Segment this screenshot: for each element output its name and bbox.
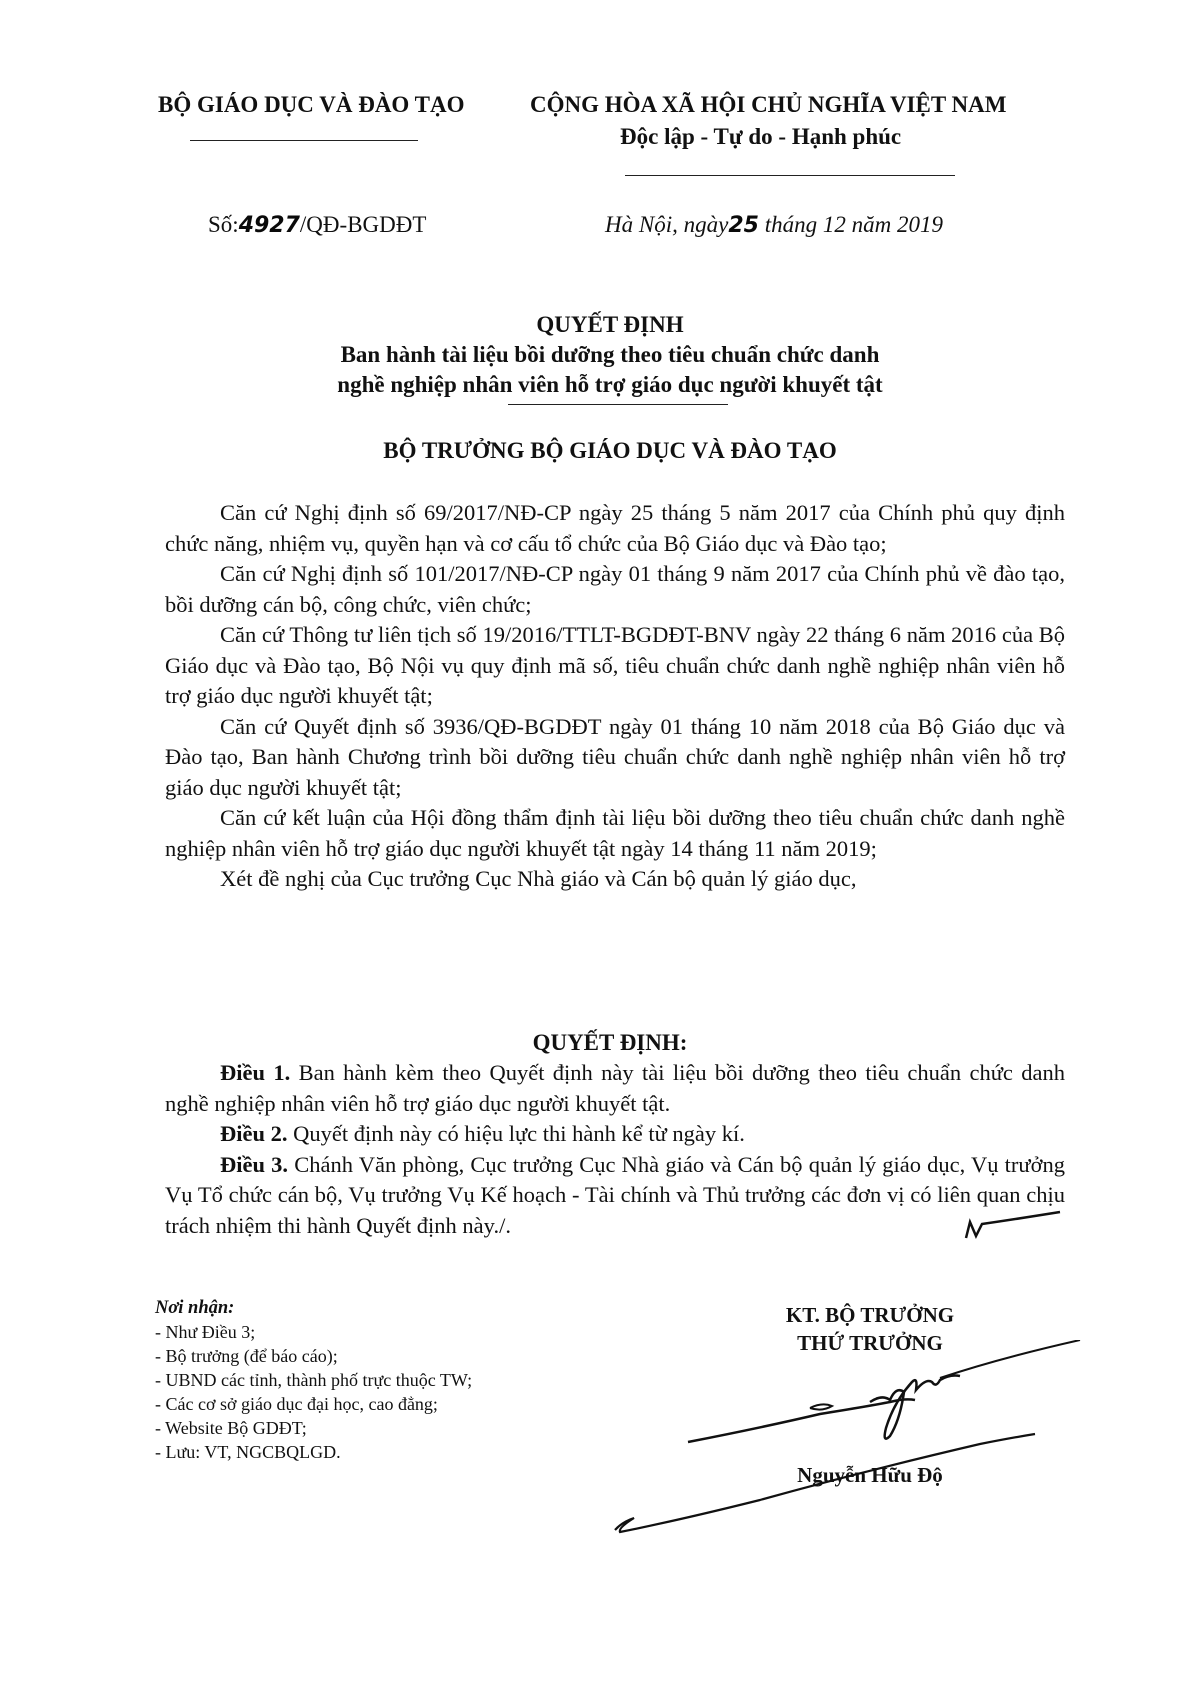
preamble-clause: Căn cứ Nghị định số 69/2017/NĐ-CP ngày 2… xyxy=(165,498,1065,559)
handwritten-day: 25 xyxy=(728,213,759,238)
preamble-clause: Căn cứ Quyết định số 3936/QĐ-BGDĐT ngày … xyxy=(165,712,1065,804)
article-label: Điều 3. xyxy=(220,1152,288,1177)
document-number: Số:4927/QĐ-BGDĐT xyxy=(208,212,426,238)
initials-mark-icon xyxy=(960,1208,1070,1248)
preamble: Căn cứ Nghị định số 69/2017/NĐ-CP ngày 2… xyxy=(165,498,1065,895)
article-3: Điều 3. Chánh Văn phòng, Cục trưởng Cục … xyxy=(165,1150,1065,1242)
date-line: Hà Nội, ngày25 tháng 12 năm 2019 xyxy=(605,212,943,238)
article-text: Ban hành kèm theo Quyết định này tài liệ… xyxy=(165,1060,1065,1116)
signer-title-1: KT. BỘ TRƯỞNG xyxy=(700,1302,1040,1328)
article-1: Điều 1. Ban hành kèm theo Quyết định này… xyxy=(165,1058,1065,1119)
article-2: Điều 2. Quyết định này có hiệu lực thi h… xyxy=(165,1119,1065,1150)
national-motto: Độc lập - Tự do - Hạnh phúc xyxy=(620,124,901,150)
recipient-item: - Như Điều 3; xyxy=(155,1320,472,1344)
doc-number-suffix: /QĐ-BGDĐT xyxy=(300,212,427,237)
article-text: Quyết định này có hiệu lực thi hành kể t… xyxy=(288,1121,745,1146)
preamble-clause: Căn cứ Thông tư liên tịch số 19/2016/TTL… xyxy=(165,620,1065,712)
preamble-clause: Xét đề nghị của Cục trưởng Cục Nhà giáo … xyxy=(165,864,1065,895)
recipients-heading: Nơi nhận: xyxy=(155,1296,472,1320)
preamble-clause: Căn cứ kết luận của Hội đồng thẩm định t… xyxy=(165,803,1065,864)
articles: Điều 1. Ban hành kèm theo Quyết định này… xyxy=(165,1058,1065,1241)
recipient-item: - Website Bộ GDĐT; xyxy=(155,1416,472,1440)
date-prefix: Hà Nội, ngày xyxy=(605,212,728,237)
recipient-item: - Bộ trưởng (để báo cáo); xyxy=(155,1344,472,1368)
document-subtitle-line2: nghề nghiệp nhân viên hỗ trợ giáo dục ng… xyxy=(160,372,1060,398)
handwritten-doc-number: 4927 xyxy=(239,213,300,238)
ministry-underline xyxy=(190,140,418,141)
decision-heading: QUYẾT ĐỊNH: xyxy=(160,1030,1060,1056)
article-label: Điều 2. xyxy=(220,1121,288,1146)
document-subtitle-line1: Ban hành tài liệu bồi dưỡng theo tiêu ch… xyxy=(160,342,1060,368)
document-type-heading: QUYẾT ĐỊNH xyxy=(160,312,1060,338)
motto-underline xyxy=(625,175,955,176)
title-underline xyxy=(508,404,728,405)
date-suffix: tháng 12 năm 2019 xyxy=(759,212,943,237)
recipient-item: - UBND các tỉnh, thành phố trực thuộc TW… xyxy=(155,1368,472,1392)
signer-name: Nguyễn Hữu Độ xyxy=(700,1462,1040,1488)
preamble-clause: Căn cứ Nghị định số 101/2017/NĐ-CP ngày … xyxy=(165,559,1065,620)
article-text: Chánh Văn phòng, Cục trưởng Cục Nhà giáo… xyxy=(165,1152,1065,1238)
ministry-name: BỘ GIÁO DỤC VÀ ĐÀO TẠO xyxy=(158,92,465,118)
country-name: CỘNG HÒA XÃ HỘI CHỦ NGHĨA VIỆT NAM xyxy=(530,92,1006,118)
recipient-item: - Các cơ sở giáo dục đại học, cao đẳng; xyxy=(155,1392,472,1416)
recipient-item: - Lưu: VT, NGCBQLGD. xyxy=(155,1440,472,1464)
recipients-block: Nơi nhận: - Như Điều 3; - Bộ trưởng (để … xyxy=(155,1296,472,1464)
doc-number-prefix: Số: xyxy=(208,212,239,237)
issuer-heading: BỘ TRƯỞNG BỘ GIÁO DỤC VÀ ĐÀO TẠO xyxy=(160,438,1060,464)
article-label: Điều 1. xyxy=(220,1060,290,1085)
